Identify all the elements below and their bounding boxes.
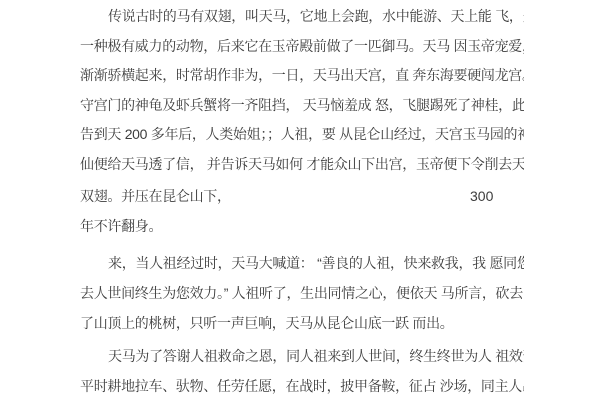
text-line: 了山顶上的桃树，只听一声巨响，天马从昆仑山底一跃 而出。 — [80, 313, 524, 333]
text-line: 来，当人祖经过时，天马大喊道： “善良的人祖，快来救我，我 愿同您 — [80, 253, 524, 273]
text-line: 去人世间终生为您效力。” 人祖听了，生出同情之心，便依天 马所言，砍去 — [80, 283, 524, 303]
text-line: 双翅。并压在昆仑山下， 300 — [80, 186, 524, 206]
text-line: 渐渐骄横起来，时常胡作非为，一日，天马出天宫，直 奔东海要硬闯龙宫。 — [80, 65, 524, 85]
text-line: 天马为了答谢人祖救命之恩，同人祖来到人世间，终生终世为人 祖效劳。 — [80, 346, 524, 366]
text-line: 守宫门的神龟及虾兵蟹将一齐阻挡， 天马恼羞成 怒，飞腿踢死了神桂，此事 — [80, 95, 524, 115]
document-page: 传说古时的马有双翅，叫天马，它地上会跑，水中能游、天上能 飞，是 一种极有威力的… — [0, 0, 600, 400]
text-line: 平时耕地拉车、驮物、任劳任愿，在战时，披甲备鞍，征占 沙场，同主人出 — [80, 376, 524, 396]
text-line: 一种极有威力的动物，后来它在玉帝殿前做了一匹御马。天马 因玉帝宠爱， — [80, 36, 524, 56]
text-line: 仙便给天马透了信， 并告诉天马如何 才能众山下出宫，玉帝便下令削去天马 — [80, 154, 524, 174]
number-300: 300 — [470, 186, 493, 206]
text-line: 传说古时的马有双翅，叫天马，它地上会跑，水中能游、天上能 飞，是 — [80, 6, 524, 26]
text-line: 年不许翻身。 — [80, 216, 524, 236]
text-line: 告到天 200 多年后，人类始姐；；人祖，要 从昆仑山经过，天宫玉马园的神 — [80, 124, 524, 144]
text-line-left: 双翅。并压在昆仑山下， — [80, 188, 231, 204]
